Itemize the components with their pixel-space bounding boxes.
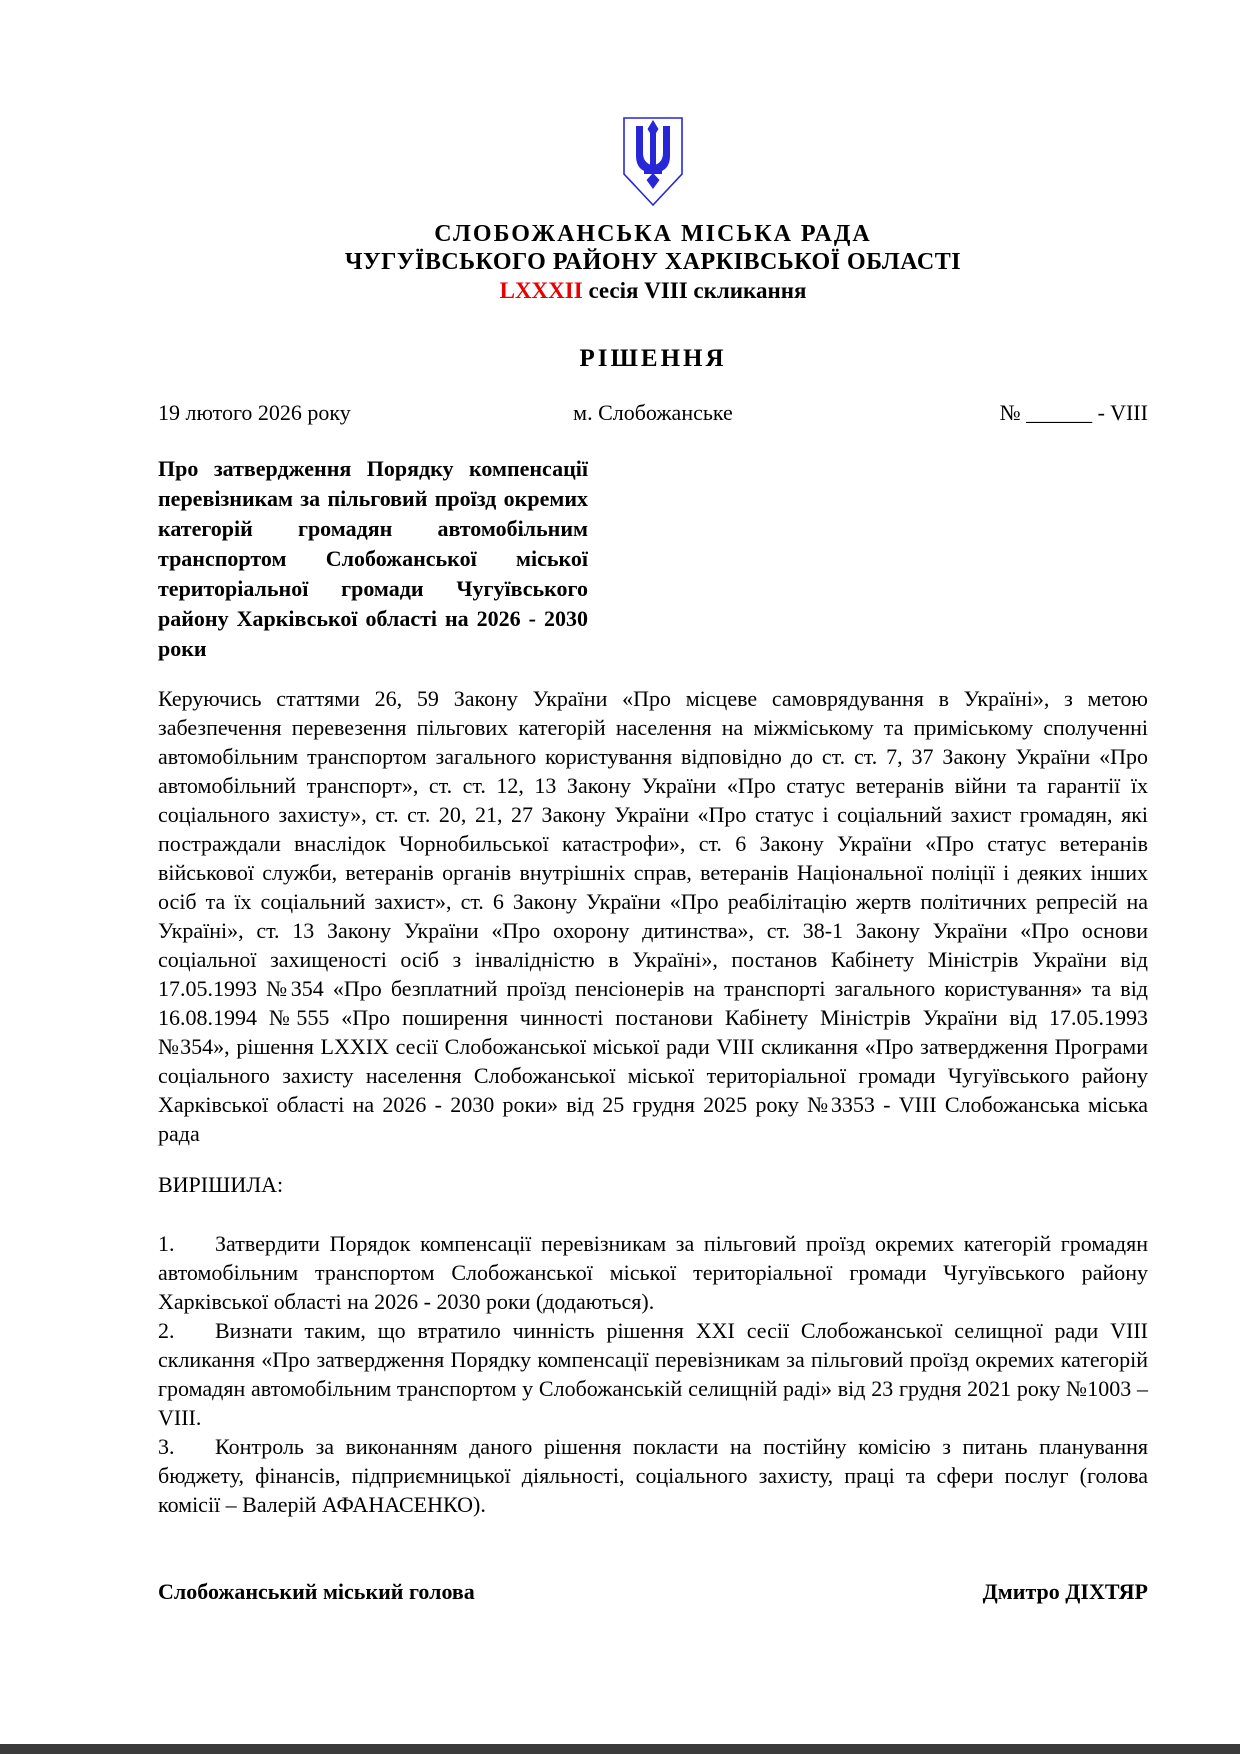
document-place: м. Слобожанське bbox=[485, 400, 822, 426]
document-title: РІШЕННЯ bbox=[158, 344, 1148, 374]
page-bottom-edge bbox=[0, 1744, 1240, 1754]
preamble-paragraph: Керуючись статтями 26, 59 Закону України… bbox=[158, 684, 1148, 1148]
document-page: СЛОБОЖАНСЬКА МІСЬКА РАДА ЧУГУЇВСЬКОГО РА… bbox=[0, 0, 1240, 1754]
document-number-blank: № ______ - VIII bbox=[821, 400, 1148, 426]
resolution-item: 1.Затвердити Порядок компенсації перевіз… bbox=[158, 1229, 1148, 1316]
resolution-item: 3.Контроль за виконанням даного рішення … bbox=[158, 1432, 1148, 1519]
resolution-item: 2.Визнати таким, що втратило чинність рі… bbox=[158, 1316, 1148, 1432]
session-text: сесія VIII скликання bbox=[583, 278, 807, 303]
subject-paragraph: Про затвердження Порядку компенсації пер… bbox=[158, 454, 588, 664]
council-district: ЧУГУЇВСЬКОГО РАЙОНУ ХАРКІВСЬКОЇ ОБЛАСТІ bbox=[158, 248, 1148, 276]
meta-row: 19 лютого 2026 року м. Слобожанське № __… bbox=[158, 400, 1148, 426]
session-roman-numeral: LXXXII bbox=[500, 278, 583, 303]
council-name: СЛОБОЖАНСЬКА МІСЬКА РАДА bbox=[158, 220, 1148, 248]
signatory-name: Дмитро ДІХТЯР bbox=[983, 1579, 1148, 1605]
document-date: 19 лютого 2026 року bbox=[158, 400, 485, 426]
item-number: 3. bbox=[158, 1432, 215, 1461]
signatory-position: Слобожанський міський голова bbox=[158, 1579, 475, 1605]
item-text: Контроль за виконанням даного рішення по… bbox=[158, 1434, 1148, 1517]
item-number: 1. bbox=[158, 1229, 215, 1258]
resolution-items: 1.Затвердити Порядок компенсації перевіз… bbox=[158, 1229, 1148, 1519]
item-text: Визнати таким, що втратило чинність ріше… bbox=[158, 1318, 1148, 1430]
resolved-label: ВИРІШИЛА: bbox=[158, 1170, 1148, 1199]
ukraine-trident-emblem-icon bbox=[620, 116, 686, 208]
session-line: LXXXII сесія VIII скликання bbox=[158, 278, 1148, 304]
document-content: СЛОБОЖАНСЬКА МІСЬКА РАДА ЧУГУЇВСЬКОГО РА… bbox=[158, 0, 1148, 1605]
signature-row: Слобожанський міський голова Дмитро ДІХТ… bbox=[158, 1579, 1148, 1605]
item-number: 2. bbox=[158, 1316, 215, 1345]
item-text: Затвердити Порядок компенсації перевізни… bbox=[158, 1231, 1148, 1314]
